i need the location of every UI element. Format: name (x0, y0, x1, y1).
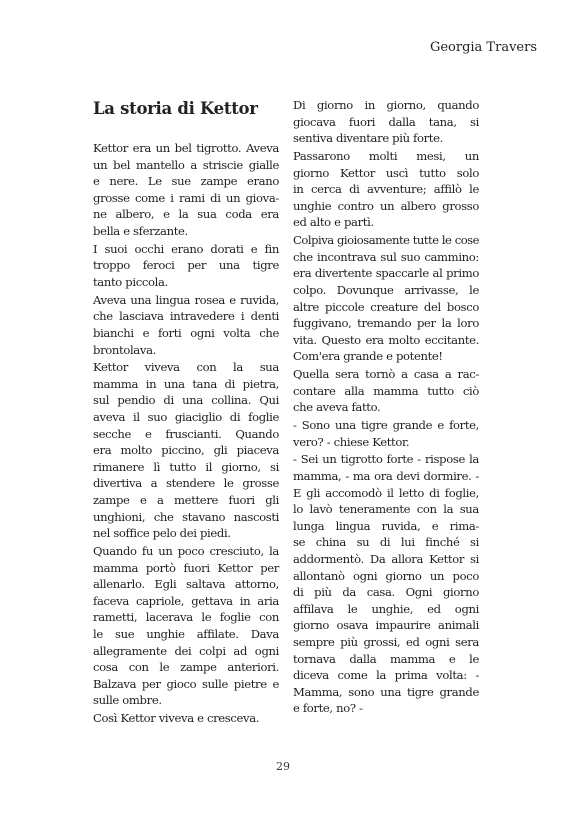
text-line: Balzava per gioco sulle pietre e (93, 676, 279, 693)
text-line: E gli accomodò il letto di foglie, (293, 485, 479, 502)
paragraph: Kettor era un bel tigrotto. Avevaun bel … (93, 140, 279, 240)
text-line: mamma, - ma ora devi dormire. - (293, 468, 479, 485)
text-line: Mamma, sono una tigre grande (293, 684, 479, 701)
paragraph: - Sono una tigre grande e forte,vero? - … (293, 417, 479, 450)
text-line: zampe e a mettere fuori gli (93, 492, 279, 509)
text-line: fuggivano, tremando per la loro (293, 315, 479, 332)
text-line: allegramente dei colpi ad ogni (93, 643, 279, 660)
paragraph: Di giorno in giorno, quandogiocava fuori… (293, 97, 479, 147)
text-line: rimanere lì tutto il giorno, si (93, 459, 279, 476)
text-line: ed alto e partì. (293, 214, 479, 231)
text-line: se china su di lui finché si (293, 534, 479, 551)
paragraph: Colpiva gioiosamente tutte le coseche in… (293, 232, 479, 365)
text-line: - Sono una tigre grande e forte, (293, 417, 479, 434)
text-line: nel soffice pelo dei piedi. (93, 525, 279, 542)
text-line: vita. Questo era molto eccitante. (293, 332, 479, 349)
text-line: aveva il suo giaciglio di foglie (93, 409, 279, 426)
text-line: vero? - chiese Kettor. (293, 434, 479, 451)
text-line: sempre più grossi, ed ogni sera (293, 634, 479, 651)
paragraph: Quando fu un poco cresciuto, lamamma por… (93, 543, 279, 709)
text-line: lo lavò teneramente con la sua (293, 501, 479, 518)
text-line: - Sei un tigrotto forte - rispose la (293, 451, 479, 468)
text-line: colpo. Dovunque arrivasse, le (293, 282, 479, 299)
right-text-column: Di giorno in giorno, quandogiocava fuori… (293, 97, 479, 718)
text-line: contare alla mamma tutto ciò (293, 383, 479, 400)
text-line: Colpiva gioiosamente tutte le cose (293, 232, 479, 249)
text-line: bianchi e forti ogni volta che (93, 325, 279, 342)
paragraph: Aveva una lingua rosea e ruvida,che lasc… (93, 292, 279, 358)
text-line: cosa con le zampe anteriori. (93, 659, 279, 676)
text-line: troppo feroci per una tigre (93, 257, 279, 274)
text-line: ne albero, e la sua coda era (93, 206, 279, 223)
text-line: sulle ombre. (93, 692, 279, 709)
text-line: che aveva fatto. (293, 399, 479, 416)
text-line: Passarono molti mesi, un (293, 148, 479, 165)
text-line: Kettor viveva con la sua (93, 359, 279, 376)
text-line: che lasciava intravedere i denti (93, 308, 279, 325)
paragraph: I suoi occhi erano dorati e fintroppo fe… (93, 241, 279, 291)
text-line: lunga lingua ruvida, e rima- (293, 518, 479, 535)
text-line: Aveva una lingua rosea e ruvida, (93, 292, 279, 309)
text-line: un bel mantello a striscie gialle (93, 157, 279, 174)
text-line: allenarlo. Egli saltava attorno, (93, 576, 279, 593)
paragraph: Quella sera tornò a casa a rac-contare a… (293, 366, 479, 416)
text-line: Quando fu un poco cresciuto, la (93, 543, 279, 560)
paragraph: Kettor viveva con la suamamma in una tan… (93, 359, 279, 542)
text-line: secche e fruscianti. Quando (93, 426, 279, 443)
chapter-title: La storia di Kettor (93, 99, 258, 118)
text-line: di più da casa. Ogni giorno (293, 584, 479, 601)
text-line: faceva capriole, gettava in aria (93, 593, 279, 610)
text-line: e nere. Le sue zampe erano (93, 173, 279, 190)
text-line: diceva come la prima volta: - (293, 667, 479, 684)
paragraph: Così Kettor viveva e cresceva. (93, 710, 279, 727)
text-line: e forte, no? - (293, 700, 479, 717)
text-line: tornava dalla mamma e le (293, 651, 479, 668)
text-line: grosse come i rami di un giova- (93, 190, 279, 207)
text-line: mamma portò fuori Kettor per (93, 560, 279, 577)
text-line: I suoi occhi erano dorati e fin (93, 241, 279, 258)
text-line: unghie contro un albero grosso (293, 198, 479, 215)
text-line: giorno osava impaurire animali (293, 617, 479, 634)
text-line: era divertente spaccarle al primo (293, 265, 479, 282)
text-line: mamma in una tana di pietra, (93, 376, 279, 393)
text-line: Quella sera tornò a casa a rac- (293, 366, 479, 383)
paragraph: - Sei un tigrotto forte - rispose lamamm… (293, 451, 479, 717)
text-line: Così Kettor viveva e cresceva. (93, 710, 279, 727)
text-line: che incontrava sul suo cammino: (293, 249, 479, 266)
running-header-author: Georgia Travers (430, 40, 537, 55)
page-number: 29 (276, 760, 290, 773)
text-line: allontanò ogni giorno un poco (293, 568, 479, 585)
text-line: unghioni, che stavano nascosti (93, 509, 279, 526)
text-line: giocava fuori dalla tana, si (293, 114, 479, 131)
left-text-column: Kettor era un bel tigrotto. Avevaun bel … (93, 140, 279, 728)
text-line: Com'era grande e potente! (293, 348, 479, 365)
text-line: giorno Kettor uscì tutto solo (293, 165, 479, 182)
text-line: altre piccole creature del bosco (293, 299, 479, 316)
text-line: bella e sferzante. (93, 223, 279, 240)
text-line: rametti, lacerava le foglie con (93, 609, 279, 626)
text-line: sul pendio di una collina. Qui (93, 392, 279, 409)
text-line: le sue unghie affilate. Dava (93, 626, 279, 643)
text-line: in cerca di avventure; affilò le (293, 181, 479, 198)
text-line: Kettor era un bel tigrotto. Aveva (93, 140, 279, 157)
text-line: Di giorno in giorno, quando (293, 97, 479, 114)
text-line: addormentò. Da allora Kettor si (293, 551, 479, 568)
text-line: era molto piccino, gli piaceva (93, 442, 279, 459)
text-line: affilava le unghie, ed ogni (293, 601, 479, 618)
text-line: brontolava. (93, 342, 279, 359)
text-line: sentiva diventare più forte. (293, 130, 479, 147)
text-line: divertiva a stendere le grosse (93, 475, 279, 492)
text-line: tanto piccola. (93, 274, 279, 291)
paragraph: Passarono molti mesi, ungiorno Kettor us… (293, 148, 479, 231)
